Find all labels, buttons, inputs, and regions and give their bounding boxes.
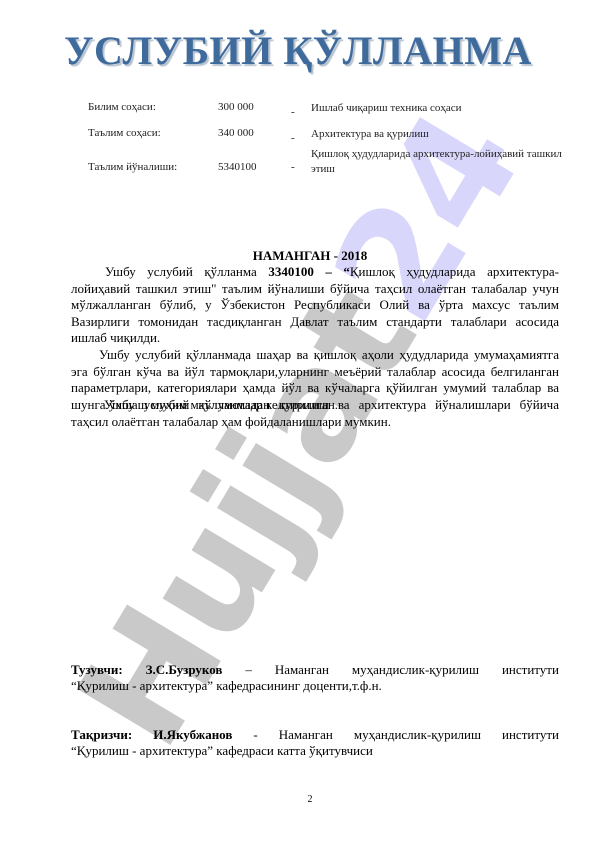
info-dash: - [291,161,295,173]
compiler-sep: – [245,662,252,678]
program-code: 3340100 – “ [268,264,350,279]
info-description: Қишлоқ ҳудудларида архитектура-лойиҳавий… [311,147,566,177]
document-title: УСЛУБИЙ ҚЎЛЛАНМА [0,27,596,74]
paragraph-intro: Ушбу услубий қўлланма 3340100 – “Қишлоқ … [71,264,559,347]
compiler-role: Тузувчи: [71,662,123,678]
info-dash: - [291,106,295,118]
compiler-name: З.С.Бузруков [146,662,223,678]
info-description: Ишлаб чиқариш техника соҳаси [311,101,566,116]
page-number: 2 [0,794,596,805]
reviewer-word: Наманган [279,727,333,743]
reviewer-name: И.Якубжанов [153,727,232,743]
info-label: Билим соҳаси: [88,101,156,113]
city-year: НАМАНГАН - 2018 [0,248,596,264]
info-code: 340 000 [218,127,254,139]
compiler-word: институти [502,662,559,678]
info-dash: - [291,132,295,144]
reviewer-line: Тақризчи: И.Якубжанов - Наманган муҳанди… [71,727,559,743]
info-label: Таълим соҳаси: [88,127,161,139]
info-description: Архитектура ва қурилиш [311,127,566,142]
compiler-position: “Қурилиш - архитектура” кафедрасининг до… [71,678,559,694]
reviewer-role: Тақризчи: [71,727,132,743]
compiler-word: Наманган [275,662,329,678]
reviewer-position: “Қурилиш - архитектура” кафедраси катта … [71,743,559,759]
info-table: Билим соҳаси: 300 000 - Ишлаб чиқариш те… [88,101,568,181]
reviewer-word: муҳандислик-қурилиш [354,727,481,743]
compiler-word: муҳандислик-қурилиш [352,662,479,678]
reviewer-word: институти [502,727,559,743]
paragraph-intro-pre: Ушбу услубий қўлланма [105,264,268,279]
info-label: Таълим йўналиши: [88,161,177,173]
info-row: Таълим соҳаси: 340 000 - Архитектура ва … [88,123,568,145]
info-code: 300 000 [218,101,254,113]
compiler-credit: Тузувчи: З.С.Бузруков – Наманган муҳанди… [71,662,559,694]
info-code: 5340100 [218,161,257,173]
paragraph-audience: Ушбу услубий қўлланмадан қурилиш ва архи… [71,397,559,430]
info-row: Билим соҳаси: 300 000 - Ишлаб чиқариш те… [88,101,568,123]
info-row: Таълим йўналиши: 5340100 - Қишлоқ ҳудудл… [88,145,568,181]
compiler-line: Тузувчи: З.С.Бузруков – Наманган муҳанди… [71,662,559,678]
reviewer-sep: - [253,727,257,743]
reviewer-credit: Тақризчи: И.Якубжанов - Наманган муҳанди… [71,727,559,759]
